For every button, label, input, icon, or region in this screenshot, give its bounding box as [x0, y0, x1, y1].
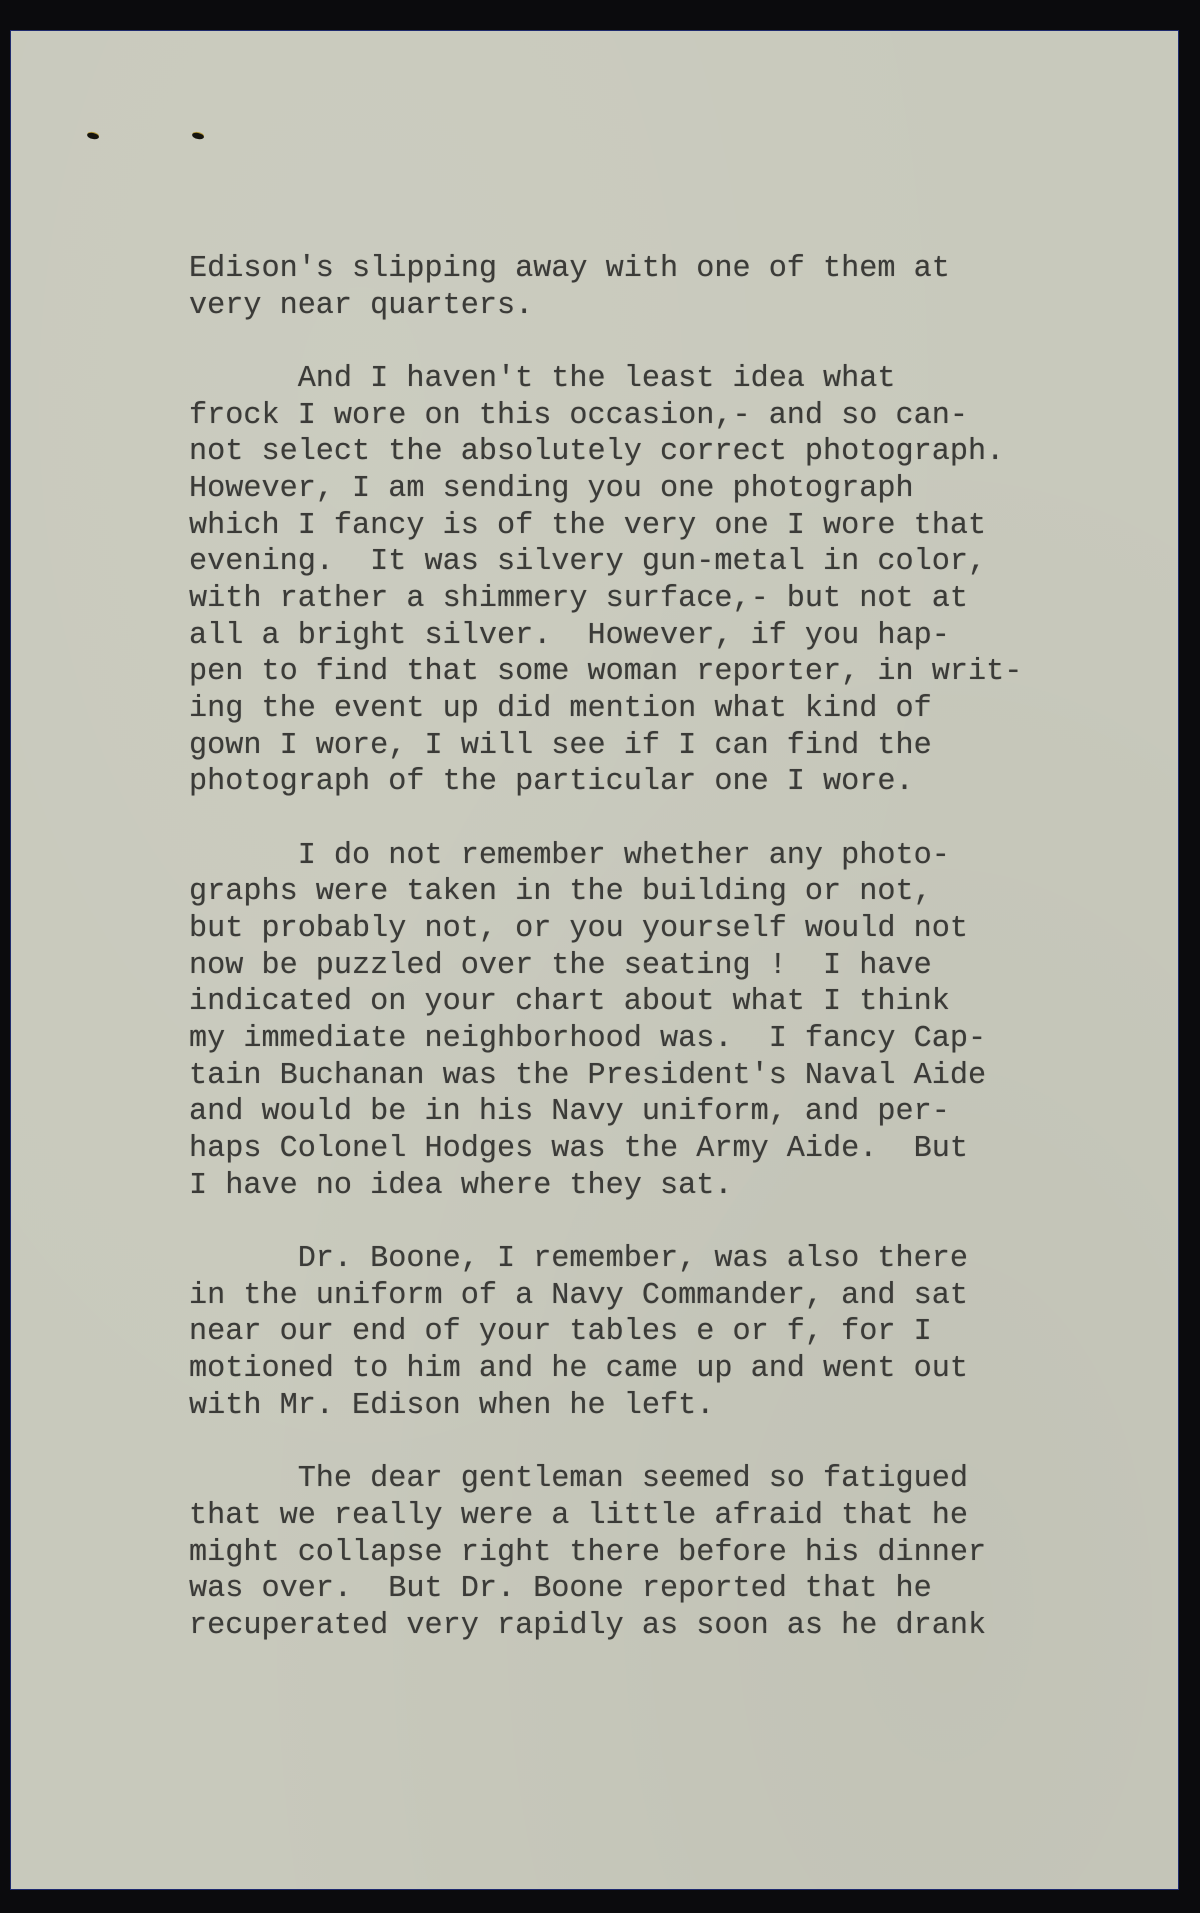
text-line: pen to find that some woman reporter, in…	[189, 657, 1022, 687]
text-line: with Mr. Edison when he left.	[189, 1391, 714, 1421]
text-line: near our end of your tables e or f, for …	[189, 1317, 932, 1347]
text-line: very near quarters.	[189, 291, 533, 321]
text-line: but probably not, or you yourself would …	[189, 914, 968, 944]
text-line: gown I wore, I will see if I can find th…	[189, 731, 932, 761]
text-line: that we really were a little afraid that…	[189, 1501, 968, 1531]
text-line: And I haven't the least idea what	[189, 364, 896, 394]
text-line: I do not remember whether any photo-	[189, 841, 950, 871]
text-line: graphs were taken in the building or not…	[189, 877, 932, 907]
text-line: haps Colonel Hodges was the Army Aide. B…	[189, 1134, 968, 1164]
text-line: photograph of the particular one I wore.	[189, 767, 914, 797]
text-line: frock I wore on this occasion,- and so c…	[189, 401, 968, 431]
text-line: which I fancy is of the very one I wore …	[189, 511, 986, 541]
text-line: ing the event up did mention what kind o…	[189, 694, 932, 724]
text-line: indicated on your chart about what I thi…	[189, 987, 950, 1017]
text-line: not select the absolutely correct photog…	[189, 437, 1004, 467]
text-line: with rather a shimmery surface,- but not…	[189, 584, 968, 614]
text-line: The dear gentleman seemed so fatigued	[189, 1464, 968, 1494]
text-line: in the uniform of a Navy Commander, and …	[189, 1281, 968, 1311]
text-line: motioned to him and he came up and went …	[189, 1354, 968, 1384]
text-line: I have no idea where they sat.	[189, 1171, 732, 1201]
text-line: tain Buchanan was the President's Naval …	[189, 1061, 986, 1091]
text-line: all a bright silver. However, if you hap…	[189, 621, 950, 651]
text-line: my immediate neighborhood was. I fancy C…	[189, 1024, 986, 1054]
text-line: Dr. Boone, I remember, was also there	[189, 1244, 968, 1274]
text-line: Edison's slipping away with one of them …	[189, 254, 950, 284]
text-line: was over. But Dr. Boone reported that he	[189, 1574, 932, 1604]
letter-body: Edison's slipping away with one of them …	[0, 0, 1200, 1913]
text-line: now be puzzled over the seating ! I have	[189, 951, 932, 981]
text-line: recuperated very rapidly as soon as he d…	[189, 1611, 986, 1641]
text-line: However, I am sending you one photograph	[189, 474, 914, 504]
text-line: might collapse right there before his di…	[189, 1538, 986, 1568]
scanned-page: Edison's slipping away with one of them …	[0, 0, 1200, 1913]
text-line: evening. It was silvery gun-metal in col…	[189, 547, 986, 577]
text-line: and would be in his Navy uniform, and pe…	[189, 1097, 950, 1127]
